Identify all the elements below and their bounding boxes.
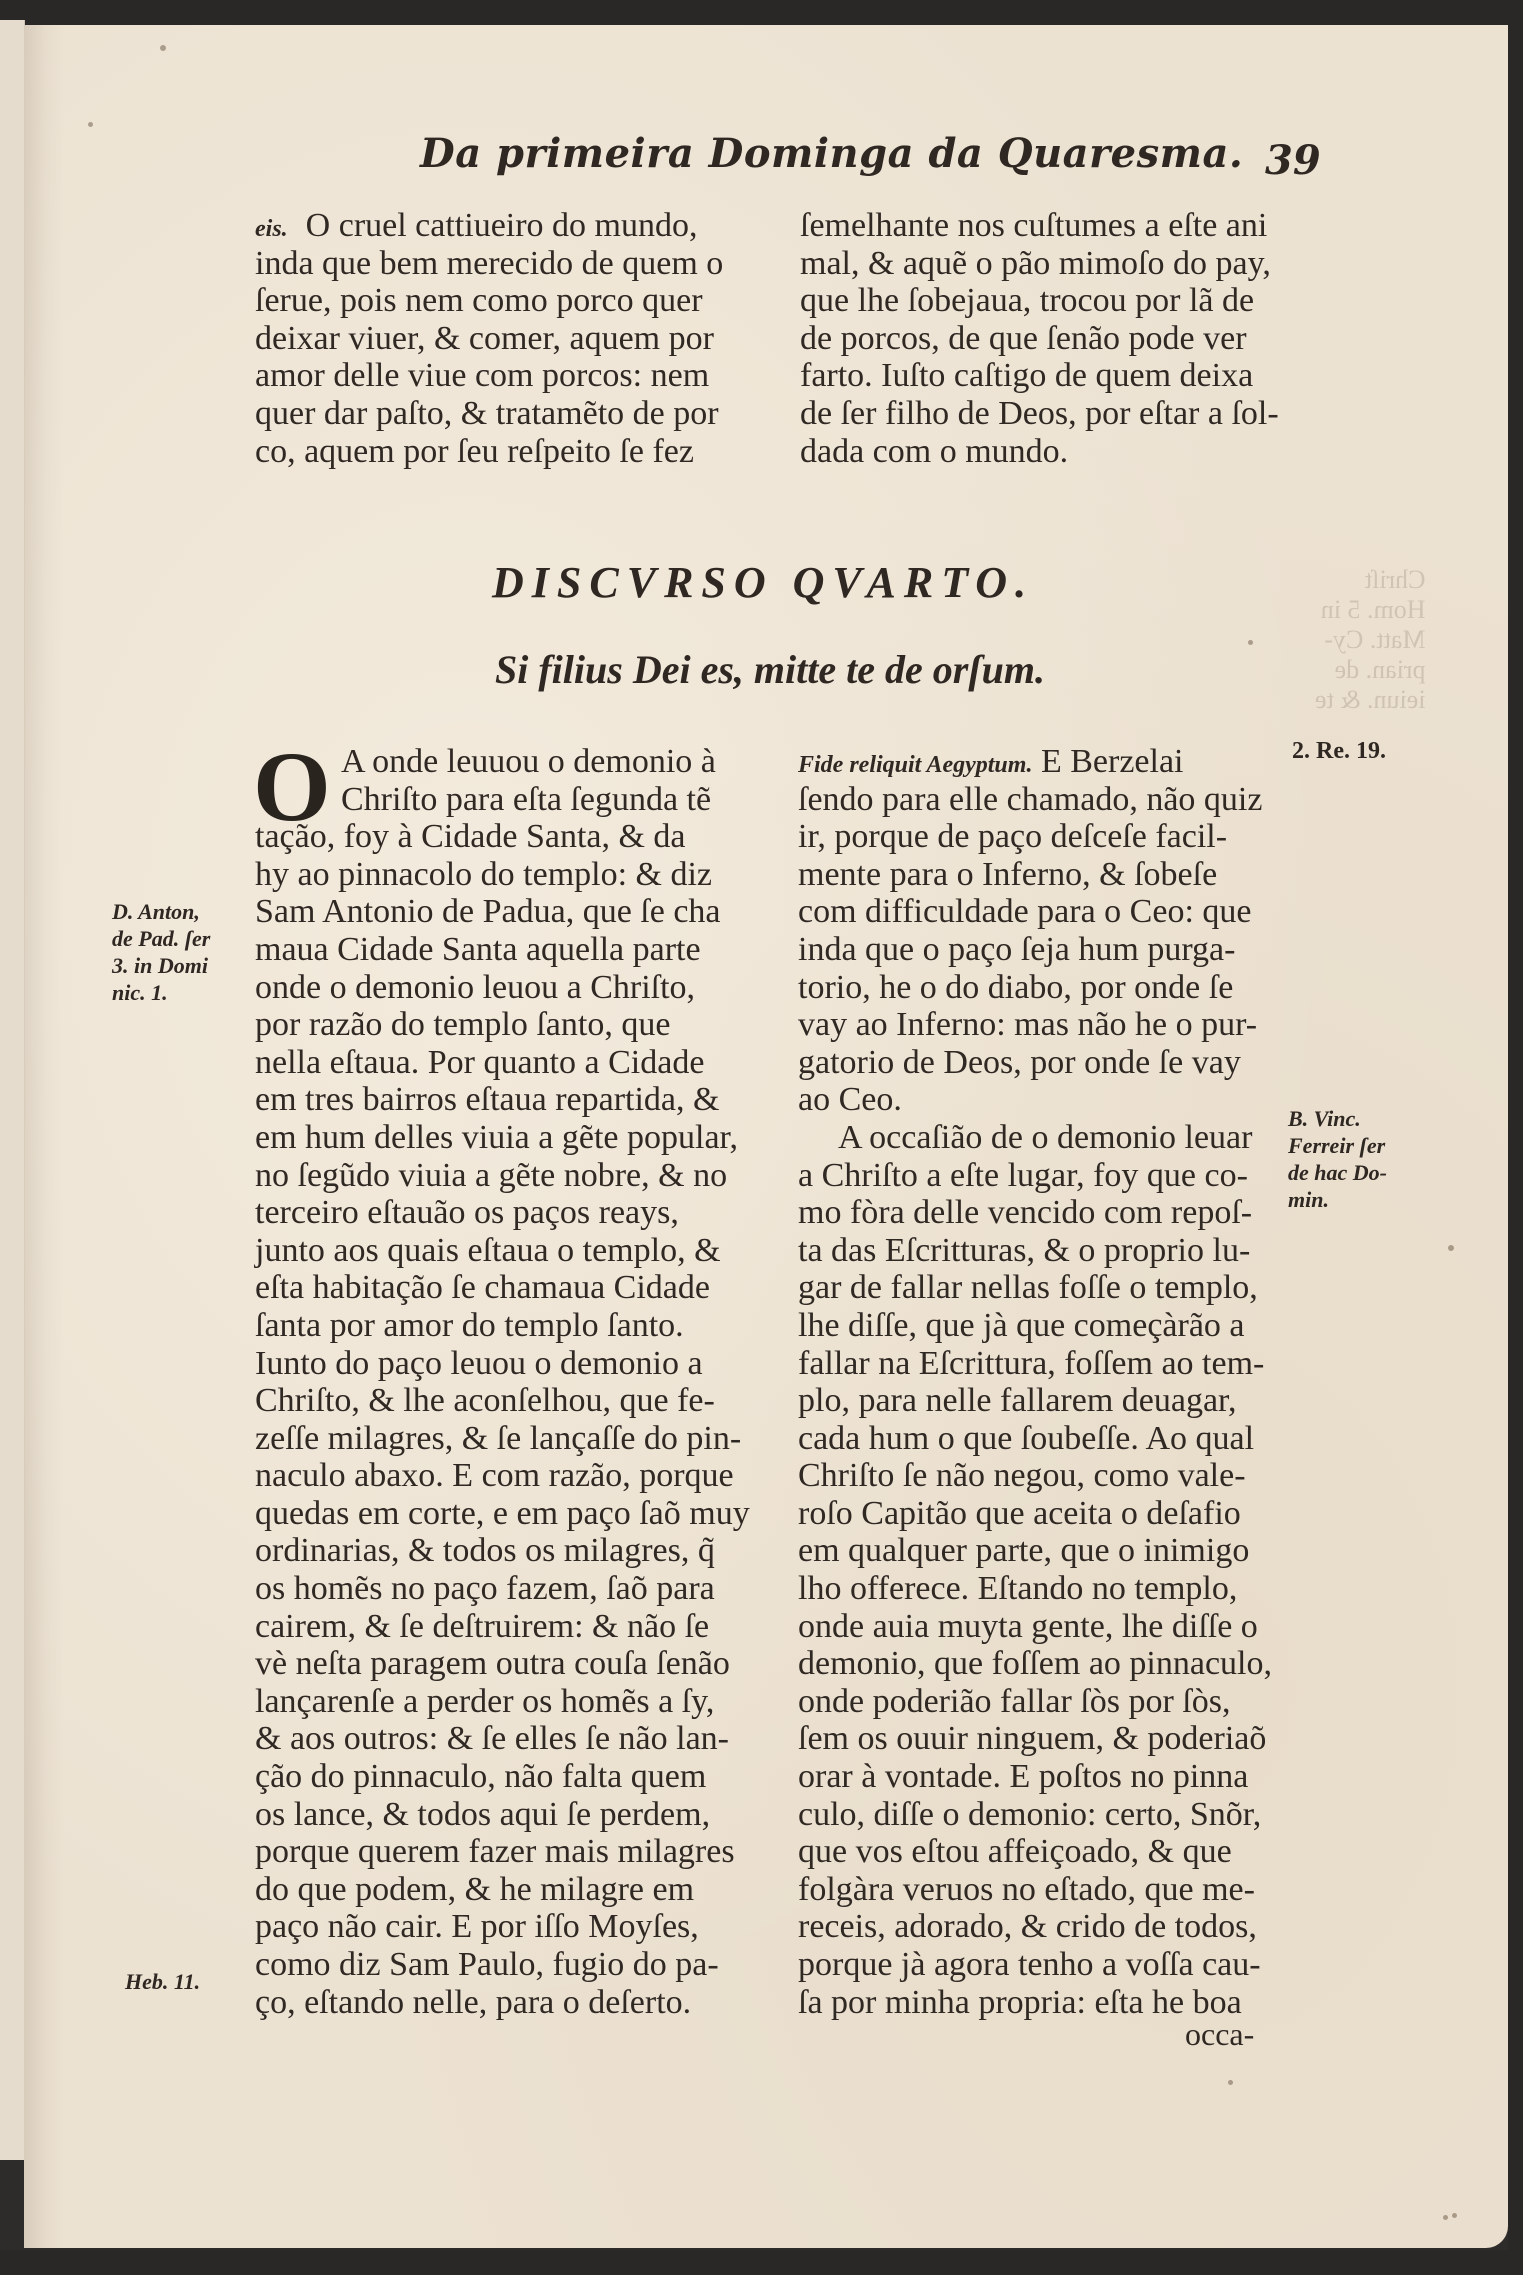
text-line: eis.O cruel cattiueiro do mundo,: [255, 207, 755, 245]
text-line: Fide reliquit Aegyptum. E Berzelai: [798, 743, 1298, 781]
text-line: porque jà agora tenho a voſſa cau-: [798, 1946, 1298, 1984]
foxing-spot: [1443, 2215, 1448, 2220]
text-line: mente para o Inferno, & ſobeſe: [798, 856, 1298, 894]
catchword: occa-: [1185, 2016, 1254, 2053]
text-line: mal, & aquẽ o pão mimoſo do pay,: [800, 245, 1300, 283]
margin-note-anton: D. Anton, de Pad. ſer 3. in Domi nic. 1.: [112, 898, 210, 1006]
scan-background-top: [0, 0, 1523, 26]
text-line: fallar na Eſcrittura, foſſem ao tem-: [798, 1345, 1298, 1383]
running-head: Da primeira Dominga da Quaresma.: [420, 130, 1243, 177]
text-line: no ſegũdo viuia a gẽte nobre, & no: [255, 1157, 755, 1195]
text-line: co, aquem por ſeu reſpeito ſe fez: [255, 433, 755, 471]
text-line: de porcos, de que ſenão pode ver: [800, 320, 1300, 358]
show-through-text: Chriſt Hom. 5 in Matt. Cy- prian. de iei…: [1315, 565, 1425, 715]
text-line: quer dar paſto, & tratamẽto de por: [255, 395, 755, 433]
text-line: & aos outros: & ſe elles ſe não lan-: [255, 1720, 755, 1758]
foxing-spot: [1452, 2213, 1457, 2218]
text-line: ço, eſtando nelle, para o deſerto.: [255, 1984, 755, 2022]
foxing-spot: [1228, 2080, 1233, 2085]
text-line: farto. Iuſto caſtigo de quem deixa: [800, 357, 1300, 395]
text-line: Iunto do paço leuou o demonio a: [255, 1345, 755, 1383]
margin-note-kings: 2. Re. 19.: [1292, 738, 1386, 765]
margin-marker: eis.: [255, 216, 288, 242]
text-line: que lhe ſobejaua, trocou por lã de: [800, 282, 1300, 320]
text-line: cairem, & ſe deſtruirem: & não ſe: [255, 1608, 755, 1646]
text-line: amor delle viue com porcos: nem: [255, 357, 755, 395]
text-line: os homẽs no paço fazem, ſaõ para: [255, 1570, 755, 1608]
text-line: em tres bairros eſtaua repartida, &: [255, 1081, 755, 1119]
text-line: naculo abaxo. E com razão, porque: [255, 1457, 755, 1495]
text-line: cada hum o que ſoubeſſe. Ao qual: [798, 1420, 1298, 1458]
text-line: orar à vontade. E poſtos no pinna: [798, 1758, 1298, 1796]
text-line: como diz Sam Paulo, fugio do pa-: [255, 1946, 755, 1984]
text-line: a Chriſto a eſte lugar, foy que co-: [798, 1157, 1298, 1195]
foxing-spot: [1448, 1245, 1454, 1251]
text-line: vay ao Inferno: mas não he o pur-: [798, 1006, 1298, 1044]
text-line: do que podem, & he milagre em: [255, 1871, 755, 1909]
text-line: paço não cair. E por iſſo Moyſes,: [255, 1908, 755, 1946]
text-line: Chriſto para eſta ſegunda tẽ: [255, 781, 755, 819]
text-line: culo, diſſe o demonio: certo, Snõr,: [798, 1796, 1298, 1834]
text-line: que vos eſtou affeiçoado, & que: [798, 1833, 1298, 1871]
top-left-column: eis.O cruel cattiueiro do mundo, inda qu…: [255, 207, 755, 470]
text-line: receis, adorado, & crido de todos,: [798, 1908, 1298, 1946]
text-line: onde o demonio leuou a Chriſto,: [255, 969, 755, 1007]
text-line: terceiro eſtauão os paços reays,: [255, 1194, 755, 1232]
text-line: ta das Eſcritturas, & o proprio lu-: [798, 1232, 1298, 1270]
text-line: A onde leuuou o demonio à: [255, 743, 755, 781]
margin-note-hebrews: Heb. 11.: [125, 1968, 200, 1995]
text-line: Chriſto, & lhe aconſelhou, que fe-: [255, 1382, 755, 1420]
page-number: 39: [1265, 137, 1321, 184]
text-line: eſta habitação ſe chamaua Cidade: [255, 1269, 755, 1307]
text-line: lançarenſe a perder os homẽs a ſy,: [255, 1683, 755, 1721]
foxing-spot: [1248, 640, 1253, 645]
scan-background-right: [1508, 0, 1523, 2275]
paragraph-start-line: A occaſião de o demonio leuar: [798, 1119, 1298, 1157]
text-line: onde poderião fallar ſòs por ſòs,: [798, 1683, 1298, 1721]
text-line: vè neſta paragem outra couſa ſenão: [255, 1645, 755, 1683]
text-line: inda que bem merecido de quem o: [255, 245, 755, 283]
discourse-title: DISCVRSO QVARTO.: [492, 557, 1034, 608]
text-line: lhe diſſe, que jà que começàrão a: [798, 1307, 1298, 1345]
text-line: de ſer filho de Deos, por eſtar a ſol-: [800, 395, 1300, 433]
text-line: junto aos quais eſtaua o templo, &: [255, 1232, 755, 1270]
epigraph: Si filius Dei es, mitte te de orſum.: [495, 646, 1045, 693]
text-line: ſanta por amor do templo ſanto.: [255, 1307, 755, 1345]
text-line: com difficuldade para o Ceo: que: [798, 893, 1298, 931]
text-line: mo fòra delle vencido com repoſ-: [798, 1194, 1298, 1232]
text-line: hy ao pinnacolo do templo: & diz: [255, 856, 755, 894]
text-line: em hum delles viuia a gẽte popular,: [255, 1119, 755, 1157]
text-line: ordinarias, & todos os milagres, q̃: [255, 1532, 755, 1570]
text-line: roſo Capitão que aceita o deſafio: [798, 1495, 1298, 1533]
text-line: maua Cidade Santa aquella parte: [255, 931, 755, 969]
main-left-column: A onde leuuou o demonio à Chriſto para e…: [255, 743, 755, 2021]
text-line: os lance, & todos aqui ſe perdem,: [255, 1796, 755, 1834]
text-line: Chriſto ſe não negou, como vale-: [798, 1457, 1298, 1495]
text-line: gar de fallar nellas foſſe o templo,: [798, 1269, 1298, 1307]
text-line: quedas em corte, e em paço ſaõ muy: [255, 1495, 755, 1533]
text-line: torio, he o do diabo, por onde ſe: [798, 969, 1298, 1007]
text-line: demonio, que foſſem ao pinnaculo,: [798, 1645, 1298, 1683]
text-line: por razão do templo ſanto, que: [255, 1006, 755, 1044]
text-line: em qualquer parte, que o inimigo: [798, 1532, 1298, 1570]
previous-page-edge: [0, 20, 25, 2160]
text-line: plo, para nelle fallarem deuagar,: [798, 1382, 1298, 1420]
text-line: Sam Antonio de Padua, que ſe cha: [255, 893, 755, 931]
scan-background-bottom: [0, 2250, 1523, 2275]
text-line: inda que o paço ſeja hum purga-: [798, 931, 1298, 969]
text-line: ſerue, pois nem como porco quer: [255, 282, 755, 320]
text-line: ção do pinnaculo, não falta quem: [255, 1758, 755, 1796]
latin-quotation: Fide reliquit Aegyptum.: [798, 752, 1032, 778]
text-line: tação, foy à Cidade Santa, & da: [255, 818, 755, 856]
text-line: folgàra veruos no eſtado, que me-: [798, 1871, 1298, 1909]
text-line: ſemelhante nos cuſtumes a eſte ani: [800, 207, 1300, 245]
text-line: gatorio de Deos, por onde ſe vay: [798, 1044, 1298, 1082]
text-line: lho offerece. Eſtando no templo,: [798, 1570, 1298, 1608]
text-line: ſendo para elle chamado, não quiz: [798, 781, 1298, 819]
top-right-column: ſemelhante nos cuſtumes a eſte ani mal, …: [800, 207, 1300, 470]
text-line: deixar viuer, & comer, aquem por: [255, 320, 755, 358]
text-line: ir, porque de paço deſceſe facil-: [798, 818, 1298, 856]
margin-note-vincent: B. Vinc. Ferreir ſer de hac Do- min.: [1288, 1105, 1387, 1213]
text-line: nella eſtaua. Por quanto a Cidade: [255, 1044, 755, 1082]
foxing-spot: [88, 122, 93, 127]
main-right-column: Fide reliquit Aegyptum. E Berzelai ſendo…: [798, 743, 1298, 2021]
text-line: onde auia muyta gente, lhe diſſe o: [798, 1608, 1298, 1646]
text-line: ſem os ouuir ninguem, & poderiaõ: [798, 1720, 1298, 1758]
foxing-spot: [160, 45, 166, 51]
text-line: dada com o mundo.: [800, 433, 1300, 471]
text-line: porque querem fazer mais milagres: [255, 1833, 755, 1871]
text-line: ao Ceo.: [798, 1081, 1298, 1119]
text-line: zeſſe milagres, & ſe lançaſſe do pin-: [255, 1420, 755, 1458]
